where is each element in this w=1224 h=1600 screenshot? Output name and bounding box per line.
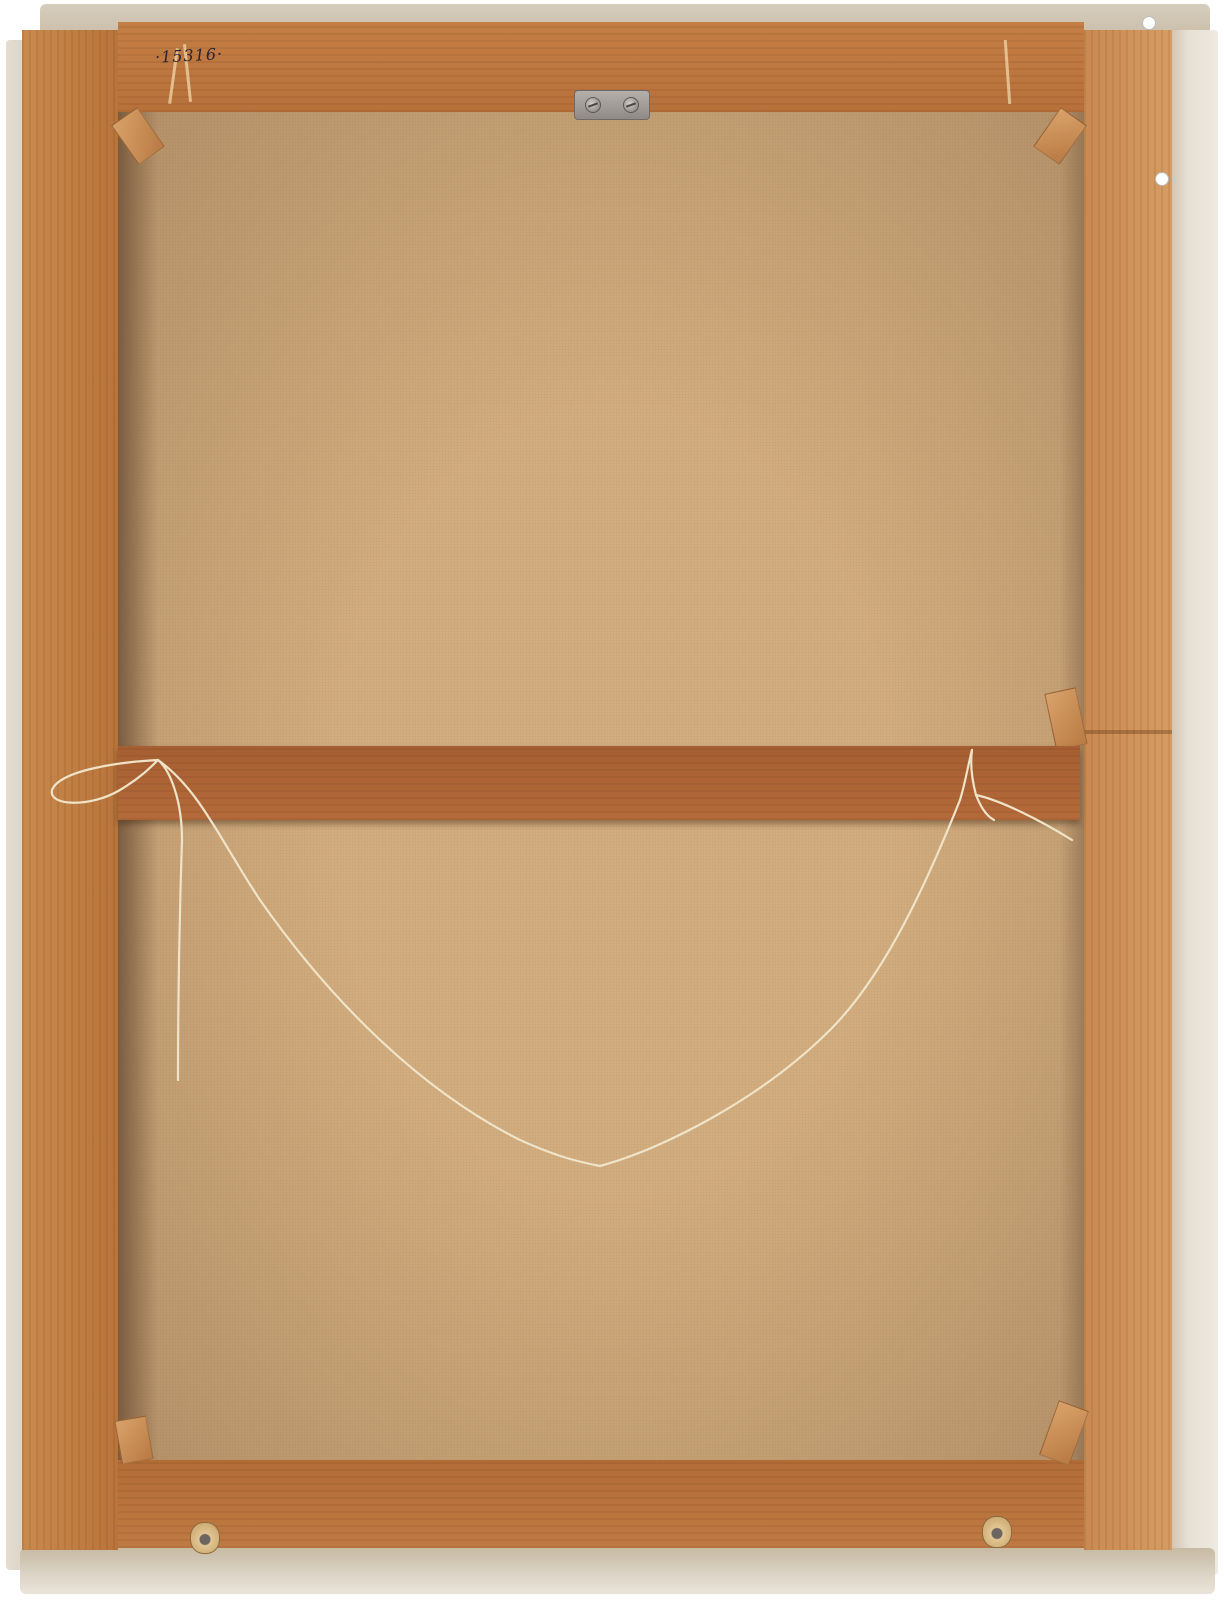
painting-back-photo: ·15316·: [0, 0, 1224, 1600]
hanging-string: [0, 0, 1224, 1600]
